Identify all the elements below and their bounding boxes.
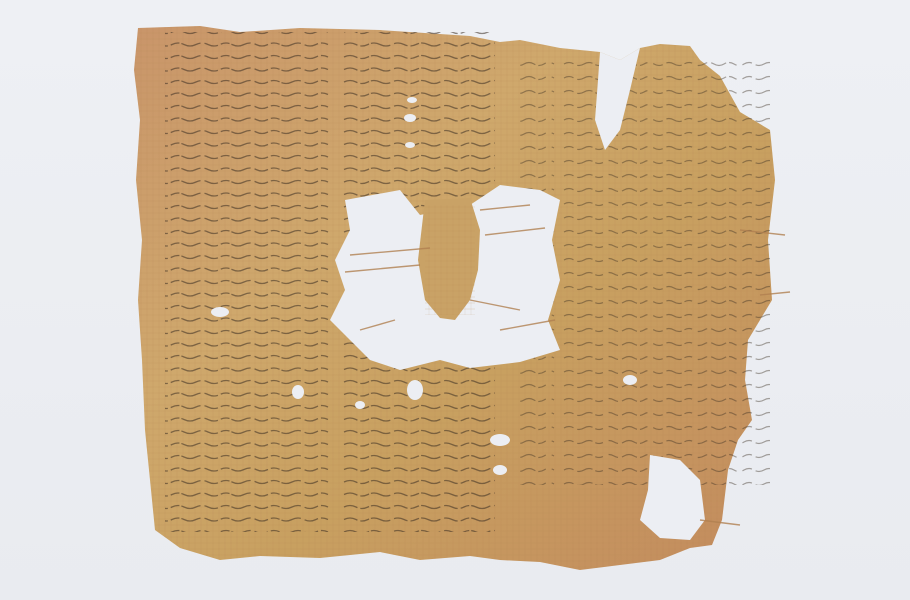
papyrus-fragment-image <box>0 0 910 600</box>
photo-stage <box>0 0 910 600</box>
